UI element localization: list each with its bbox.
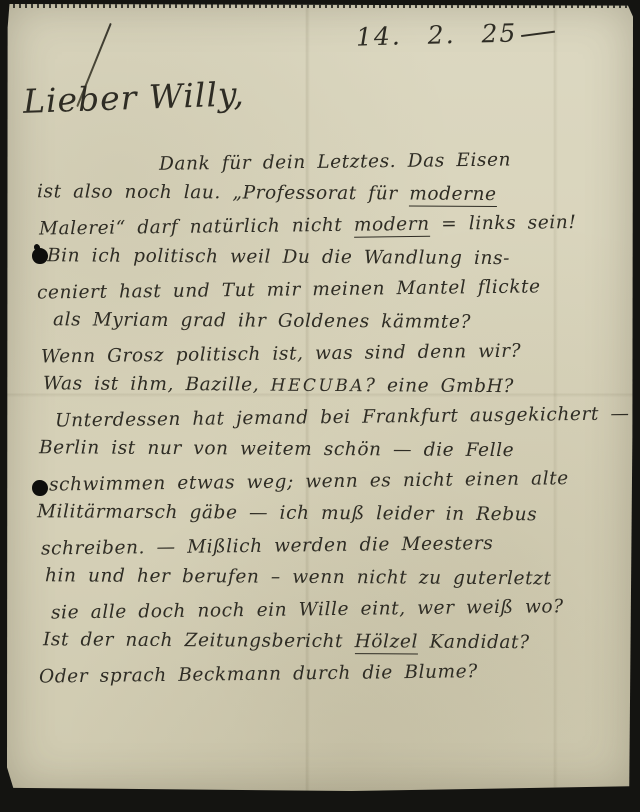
text-segment: Malerei“ darf natürlich nicht bbox=[39, 215, 354, 240]
letter-line: hin und her berufen – wenn nicht zu gute… bbox=[45, 560, 619, 596]
text-segment: als Myriam grad ihr Goldenes kämmte? bbox=[53, 309, 471, 333]
text-segment: Ist der nach Zeitungsbericht bbox=[43, 629, 355, 652]
text-segment: Was ist ihm, Bazille, bbox=[43, 373, 271, 395]
letter-line: ceniert hast und Tut mir meinen Mantel f… bbox=[37, 270, 619, 309]
scan-background: 14. 2. 25 Lieber Willy, Dank für dein Le… bbox=[0, 0, 640, 812]
underlined-word: moderne bbox=[409, 183, 497, 207]
text-segment: = links sein! bbox=[430, 212, 577, 235]
letter-body: Dank für dein Letztes. Das Eisenist also… bbox=[37, 146, 619, 690]
letter-line: sie alle doch noch ein Wille eint, wer w… bbox=[51, 591, 619, 630]
letter-line: Berlin ist nur von weitem schön — die Fe… bbox=[39, 432, 619, 468]
text-segment: sie alle doch noch ein Wille eint, wer w… bbox=[51, 596, 564, 623]
text-segment: Oder sprach Beckmann durch die Blume? bbox=[39, 661, 478, 687]
letter-line: Oder sprach Beckmann durch die Blume? bbox=[39, 654, 619, 693]
text-segment: ist also noch lau. „Professorat für bbox=[37, 181, 409, 204]
letter-line: Was ist ihm, Bazille, HECUBA? eine GmbH? bbox=[43, 368, 619, 404]
text-segment: Kandidat? bbox=[418, 632, 530, 654]
letter-line: Militärmarsch gäbe — ich muß leider in R… bbox=[37, 496, 619, 532]
letter-paper: 14. 2. 25 Lieber Willy, Dank für dein Le… bbox=[7, 4, 633, 791]
text-segment: schwimmen etwas weg; wenn es nicht einen… bbox=[49, 468, 569, 495]
letter-line: Unterdessen hat jemand bei Frankfurt aus… bbox=[55, 399, 619, 438]
letter-line: Malerei“ darf natürlich nicht modern = l… bbox=[39, 206, 619, 245]
text-segment: schreiben. — Mißlich werden die Meesters bbox=[41, 533, 494, 560]
letter-salutation: Lieber Willy, bbox=[22, 74, 245, 121]
letter-line: Bin ich politisch weil Du die Wandlung i… bbox=[47, 240, 619, 275]
letter-line: Dank für dein Letztes. Das Eisen bbox=[159, 143, 619, 181]
text-segment: Wenn Grosz politisch ist, was sind denn … bbox=[41, 341, 521, 368]
letter-line: schwimmen etwas weg; wenn es nicht einen… bbox=[49, 463, 619, 502]
text-segment: ? eine GmbH? bbox=[365, 375, 514, 397]
letter-line: schreiben. — Mißlich werden die Meesters bbox=[41, 526, 619, 565]
text-segment: HECUBA bbox=[271, 376, 365, 397]
letter-line: Wenn Grosz politisch ist, was sind denn … bbox=[41, 334, 619, 373]
letter-line: ist also noch lau. „Professorat für mode… bbox=[37, 176, 619, 212]
text-segment: ceniert hast und Tut mir meinen Mantel f… bbox=[37, 276, 541, 303]
letter-date: 14. 2. 25 bbox=[355, 17, 555, 51]
underlined-word: Hölzel bbox=[355, 631, 419, 654]
text-segment: Militärmarsch gäbe — ich muß leider in R… bbox=[37, 501, 537, 525]
letter-line: Ist der nach Zeitungsbericht Hölzel Kand… bbox=[43, 624, 619, 660]
text-segment: Dank für dein Letztes. Das Eisen bbox=[159, 150, 511, 175]
underlined-word: modern bbox=[354, 214, 430, 238]
text-segment: Unterdessen hat jemand bei Frankfurt aus… bbox=[55, 403, 630, 431]
text-segment: Bin ich politisch weil Du die Wandlung i… bbox=[47, 245, 510, 269]
text-segment: Berlin ist nur von weitem schön — die Fe… bbox=[39, 437, 514, 461]
letter-line: als Myriam grad ihr Goldenes kämmte? bbox=[53, 304, 619, 339]
text-segment: hin und her berufen – wenn nicht zu gute… bbox=[45, 565, 552, 589]
